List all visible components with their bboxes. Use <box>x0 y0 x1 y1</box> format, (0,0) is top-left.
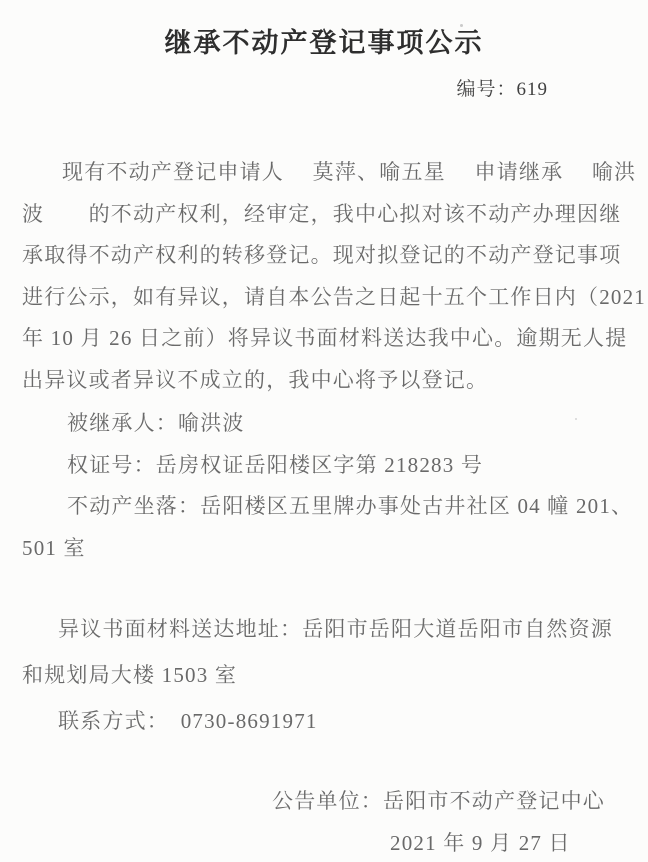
date-line: 2021 年 9 月 27 日 <box>22 823 634 862</box>
scan-speckle <box>460 24 463 27</box>
property-location-line-cont: 501 室 <box>22 528 634 570</box>
contact-info: 异议书面材料送达地址：岳阳市岳阳大道岳阳市自然资源 和规划局大楼 1503 室 … <box>22 606 634 744</box>
notice-line: 承取得不动产权利的转移登记。现对拟登记的不动产登记事项 <box>22 235 634 277</box>
decedent-line: 被继承人：喻洪波 <box>22 403 634 445</box>
notice-line: 年 10 月 26 日之前）将异议书面材料送达我中心。逾期无人提 <box>22 318 634 360</box>
notice-body: 现有不动产登记申请人 莫萍、喻五星 申请继承 喻洪 波 的不动产权利，经审定，我… <box>22 152 634 862</box>
notice-title: 继承不动产登记事项公示 <box>0 27 648 59</box>
signature-block: 公告单位：岳阳市不动产登记中心 2021 年 9 月 27 日 <box>22 781 634 862</box>
scan-speckle <box>575 418 577 420</box>
objection-address-line: 异议书面材料送达地址：岳阳市岳阳大道岳阳市自然资源 <box>22 606 634 652</box>
main-paragraph: 现有不动产登记申请人 莫萍、喻五星 申请继承 喻洪 波 的不动产权利，经审定，我… <box>22 152 634 401</box>
doc-number: 编号：619 <box>0 78 648 102</box>
notice-line: 进行公示，如有异议，请自本公告之日起十五个工作日内（2021 <box>22 277 634 319</box>
notice-line: 波 的不动产权利，经审定，我中心拟对该不动产办理因继 <box>22 194 634 236</box>
notice-line: 现有不动产登记申请人 莫萍、喻五星 申请继承 喻洪 <box>22 152 634 194</box>
objection-address-line-cont: 和规划局大楼 1503 室 <box>22 652 634 698</box>
phone-line: 联系方式： 0730-8691971 <box>22 698 634 744</box>
issuer-line: 公告单位：岳阳市不动产登记中心 <box>22 781 634 823</box>
document-page: 继承不动产登记事项公示 编号：619 现有不动产登记申请人 莫萍、喻五星 申请继… <box>0 0 648 862</box>
property-details: 被继承人：喻洪波 权证号：岳房权证岳阳楼区字第 218283 号 不动产坐落：岳… <box>22 403 634 569</box>
certificate-number-line: 权证号：岳房权证岳阳楼区字第 218283 号 <box>22 445 634 487</box>
notice-line: 出异议或者异议不成立的，我中心将予以登记。 <box>22 360 634 402</box>
property-location-line: 不动产坐落：岳阳楼区五里牌办事处古井社区 04 幢 201、 <box>22 486 634 528</box>
